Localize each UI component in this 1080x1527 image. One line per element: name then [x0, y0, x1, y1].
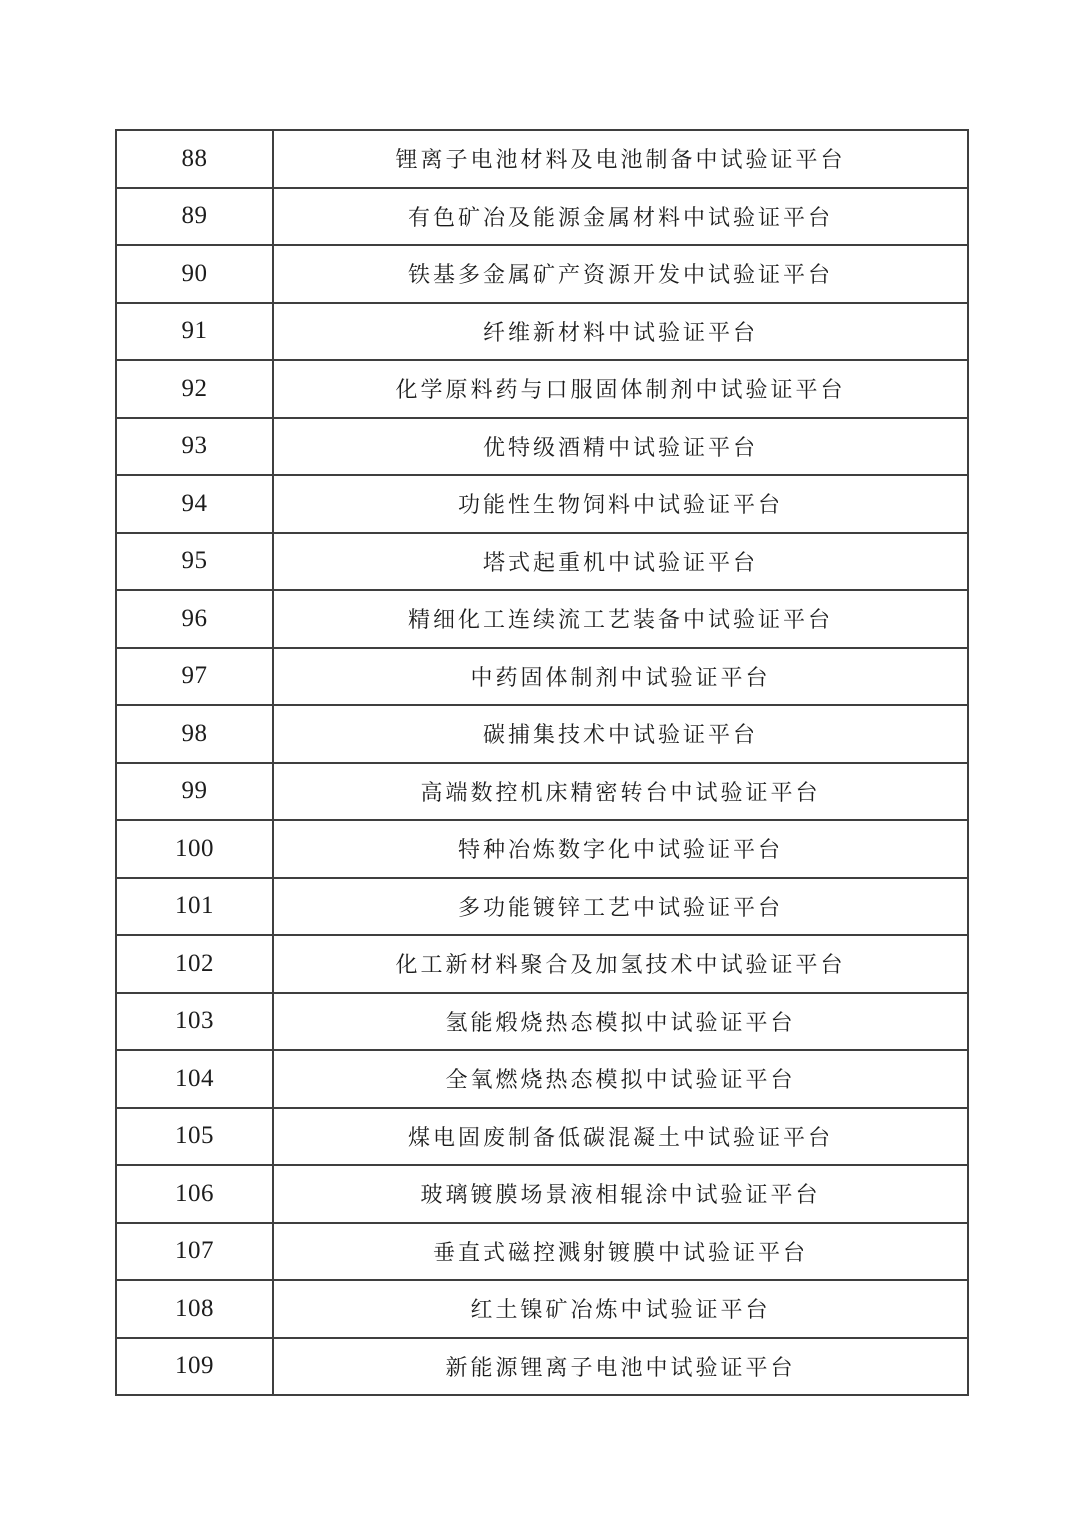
row-number-cell: 108: [116, 1280, 273, 1338]
document-page: 88 锂离子电池材料及电池制备中试验证平台 89 有色矿冶及能源金属材料中试验证…: [0, 0, 1080, 1527]
platform-name-cell: 中药固体制剂中试验证平台: [273, 648, 968, 706]
row-number-cell: 103: [116, 993, 273, 1051]
table-row: 99 高端数控机床精密转台中试验证平台: [116, 763, 968, 821]
table-row: 102 化工新材料聚合及加氢技术中试验证平台: [116, 935, 968, 993]
row-number-cell: 105: [116, 1108, 273, 1166]
row-number-cell: 91: [116, 303, 273, 361]
row-number-cell: 96: [116, 590, 273, 648]
table-row: 90 铁基多金属矿产资源开发中试验证平台: [116, 245, 968, 303]
table-row: 97 中药固体制剂中试验证平台: [116, 648, 968, 706]
row-number-cell: 98: [116, 705, 273, 763]
platform-name-cell: 新能源锂离子电池中试验证平台: [273, 1338, 968, 1396]
row-number-cell: 99: [116, 763, 273, 821]
table-row: 89 有色矿冶及能源金属材料中试验证平台: [116, 188, 968, 246]
row-number-cell: 92: [116, 360, 273, 418]
row-number-cell: 107: [116, 1223, 273, 1281]
table-row: 108 红土镍矿冶炼中试验证平台: [116, 1280, 968, 1338]
platform-name-cell: 多功能镀锌工艺中试验证平台: [273, 878, 968, 936]
platform-name-cell: 优特级酒精中试验证平台: [273, 418, 968, 476]
row-number-cell: 88: [116, 130, 273, 188]
platform-name-cell: 煤电固废制备低碳混凝土中试验证平台: [273, 1108, 968, 1166]
table-row: 103 氢能煅烧热态模拟中试验证平台: [116, 993, 968, 1051]
platform-name-cell: 红土镍矿冶炼中试验证平台: [273, 1280, 968, 1338]
row-number-cell: 93: [116, 418, 273, 476]
platform-name-cell: 铁基多金属矿产资源开发中试验证平台: [273, 245, 968, 303]
row-number-cell: 104: [116, 1050, 273, 1108]
platform-name-cell: 有色矿冶及能源金属材料中试验证平台: [273, 188, 968, 246]
row-number-cell: 97: [116, 648, 273, 706]
platform-name-cell: 精细化工连续流工艺装备中试验证平台: [273, 590, 968, 648]
row-number-cell: 94: [116, 475, 273, 533]
platform-name-cell: 锂离子电池材料及电池制备中试验证平台: [273, 130, 968, 188]
table-row: 93 优特级酒精中试验证平台: [116, 418, 968, 476]
table-row: 91 纤维新材料中试验证平台: [116, 303, 968, 361]
row-number-cell: 100: [116, 820, 273, 878]
row-number-cell: 89: [116, 188, 273, 246]
platform-name-cell: 高端数控机床精密转台中试验证平台: [273, 763, 968, 821]
row-number-cell: 102: [116, 935, 273, 993]
platform-name-cell: 垂直式磁控溅射镀膜中试验证平台: [273, 1223, 968, 1281]
platform-name-cell: 全氧燃烧热态模拟中试验证平台: [273, 1050, 968, 1108]
platform-name-cell: 化工新材料聚合及加氢技术中试验证平台: [273, 935, 968, 993]
platform-name-cell: 氢能煅烧热态模拟中试验证平台: [273, 993, 968, 1051]
table-row: 104 全氧燃烧热态模拟中试验证平台: [116, 1050, 968, 1108]
table-row: 95 塔式起重机中试验证平台: [116, 533, 968, 591]
platform-name-cell: 玻璃镀膜场景液相辊涂中试验证平台: [273, 1165, 968, 1223]
row-number-cell: 101: [116, 878, 273, 936]
table-row: 107 垂直式磁控溅射镀膜中试验证平台: [116, 1223, 968, 1281]
row-number-cell: 95: [116, 533, 273, 591]
platform-table-body: 88 锂离子电池材料及电池制备中试验证平台 89 有色矿冶及能源金属材料中试验证…: [116, 130, 968, 1395]
table-row: 100 特种冶炼数字化中试验证平台: [116, 820, 968, 878]
platform-list-table: 88 锂离子电池材料及电池制备中试验证平台 89 有色矿冶及能源金属材料中试验证…: [115, 129, 969, 1396]
table-row: 92 化学原料药与口服固体制剂中试验证平台: [116, 360, 968, 418]
row-number-cell: 106: [116, 1165, 273, 1223]
table-row: 101 多功能镀锌工艺中试验证平台: [116, 878, 968, 936]
platform-name-cell: 特种冶炼数字化中试验证平台: [273, 820, 968, 878]
table-row: 88 锂离子电池材料及电池制备中试验证平台: [116, 130, 968, 188]
platform-name-cell: 功能性生物饲料中试验证平台: [273, 475, 968, 533]
table-row: 98 碳捕集技术中试验证平台: [116, 705, 968, 763]
row-number-cell: 90: [116, 245, 273, 303]
table-row: 109 新能源锂离子电池中试验证平台: [116, 1338, 968, 1396]
platform-name-cell: 化学原料药与口服固体制剂中试验证平台: [273, 360, 968, 418]
table-row: 105 煤电固废制备低碳混凝土中试验证平台: [116, 1108, 968, 1166]
table-row: 94 功能性生物饲料中试验证平台: [116, 475, 968, 533]
platform-name-cell: 碳捕集技术中试验证平台: [273, 705, 968, 763]
table-row: 106 玻璃镀膜场景液相辊涂中试验证平台: [116, 1165, 968, 1223]
platform-name-cell: 塔式起重机中试验证平台: [273, 533, 968, 591]
platform-name-cell: 纤维新材料中试验证平台: [273, 303, 968, 361]
table-row: 96 精细化工连续流工艺装备中试验证平台: [116, 590, 968, 648]
row-number-cell: 109: [116, 1338, 273, 1396]
